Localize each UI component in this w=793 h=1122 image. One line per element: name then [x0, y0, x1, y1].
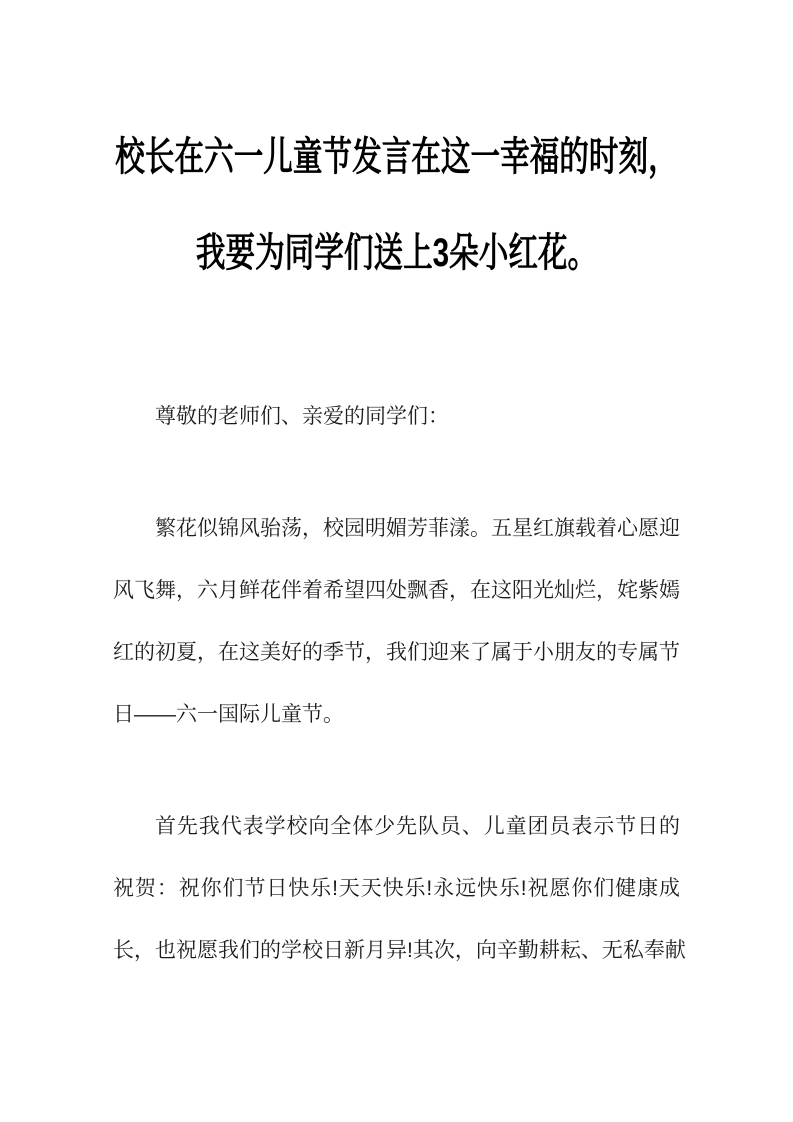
title-line-2: 我要为同学们送上3朵小红花。 [187, 201, 607, 297]
text-line: 日——六一国际儿童节。 [113, 684, 680, 746]
document-body: 尊敬的老师们、亲爱的同学们：繁花似锦风骀荡，校园明媚芳菲漾。五星红旗载着心愿迎风… [113, 386, 680, 982]
text-line: 首先我代表学校向全体少先队员、儿童团员表示节日的 [113, 796, 680, 858]
document-page: 校长在六一儿童节发言在这一幸福的时刻， 我要为同学们送上3朵小红花。 尊敬的老师… [0, 0, 793, 1122]
text-line: 风飞舞，六月鲜花伴着希望四处飘香，在这阳光灿烂，姹紫嫣 [113, 560, 680, 622]
paragraph: 尊敬的老师们、亲爱的同学们： [113, 386, 680, 448]
text-line: 红的初夏，在这美好的季节，我们迎来了属于小朋友的专属节 [113, 622, 680, 684]
text-line: 祝贺：祝你们节日快乐!天天快乐!永远快乐!祝愿你们健康成 [113, 858, 680, 920]
paragraph: 繁花似锦风骀荡，校园明媚芳菲漾。五星红旗载着心愿迎风飞舞，六月鲜花伴着希望四处飘… [113, 498, 680, 746]
text-line: 尊敬的老师们、亲爱的同学们： [113, 386, 680, 448]
text-line: 长，也祝愿我们的学校日新月异!其次，向辛勤耕耘、无私奉献 [113, 920, 680, 982]
text-line: 繁花似锦风骀荡，校园明媚芳菲漾。五星红旗载着心愿迎 [113, 498, 680, 560]
document-title: 校长在六一儿童节发言在这一幸福的时刻， 我要为同学们送上3朵小红花。 [113, 0, 680, 297]
paragraph: 首先我代表学校向全体少先队员、儿童团员表示节日的祝贺：祝你们节日快乐!天天快乐!… [113, 796, 680, 982]
title-line-1: 校长在六一儿童节发言在这一幸福的时刻， [187, 105, 607, 201]
